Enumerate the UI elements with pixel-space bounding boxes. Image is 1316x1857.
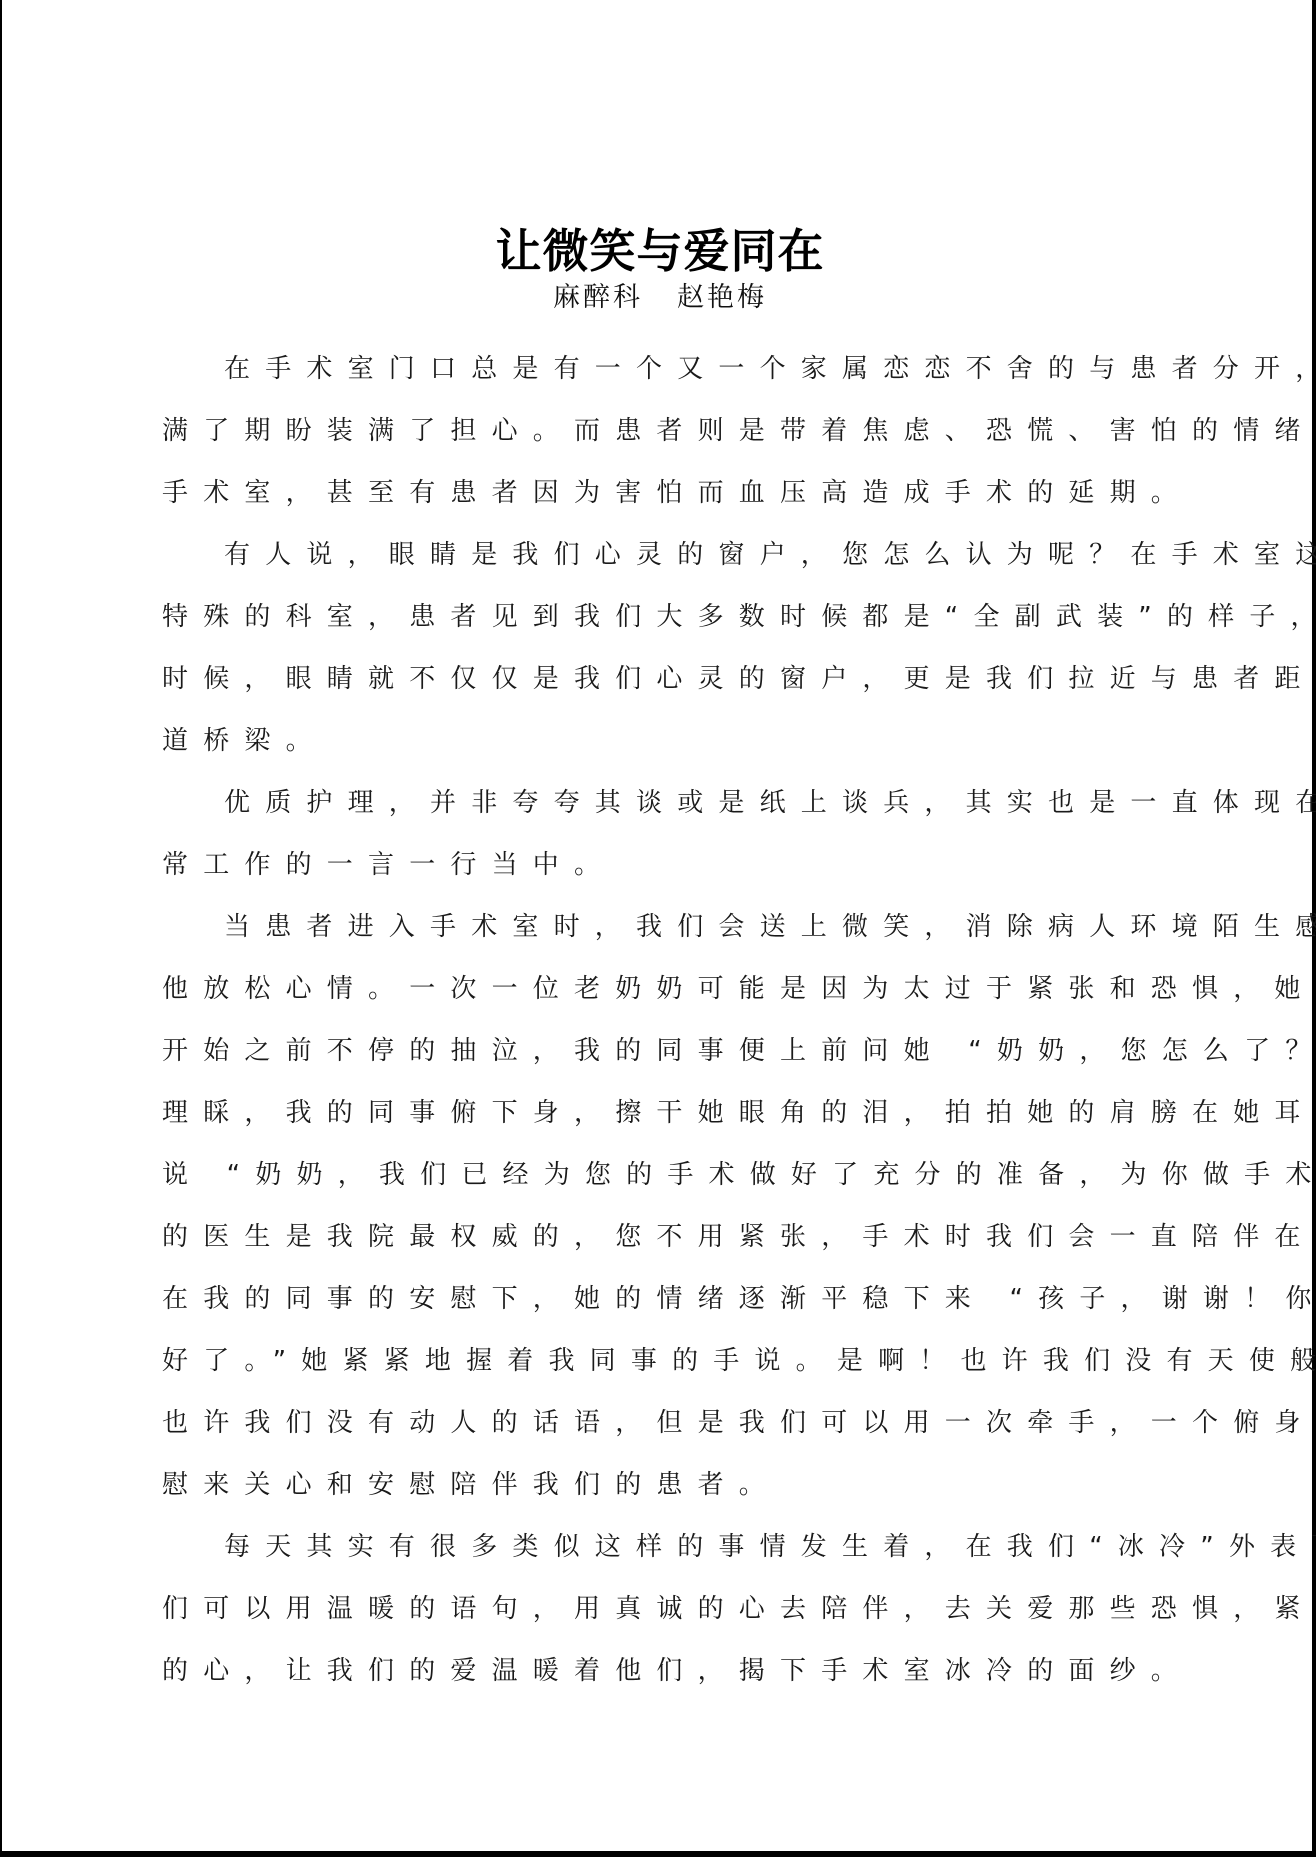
text-line: 在我的同事的安慰下，她的情绪逐渐平稳下来 “孩子，谢谢！你们真的太 [162,1268,1152,1330]
author-line: 麻醉科赵艳梅 [2,278,1316,318]
document-page: 让微笑与爱同在 麻醉科赵艳梅 在手术室门口总是有一个又一个家属恋恋不舍的与患者分… [0,0,1316,1857]
article-body: 在手术室门口总是有一个又一个家属恋恋不舍的与患者分开，眼里装 满了期盼装满了担心… [162,338,1152,1702]
paragraph-1: 在手术室门口总是有一个又一个家属恋恋不舍的与患者分开，眼里装 满了期盼装满了担心… [162,338,1152,524]
text-line: 也许我们没有动人的话语，但是我们可以用一次牵手，一个俯身，一句安 [162,1392,1152,1454]
paragraph-2: 有人说，眼睛是我们心灵的窗户，您怎么认为呢？在手术室这样一个 特殊的科室，患者见… [162,524,1152,772]
text-line: 好了。”她紧紧地握着我同事的手说。是啊！也许我们没有天使般的微笑， [162,1330,1152,1392]
text-line: 开始之前不停的抽泣，我的同事便上前问她 “奶奶，您怎么了？”她没有 [162,1020,1152,1082]
text-line: 手术室，甚至有患者因为害怕而血压高造成手术的延期。 [162,462,1152,524]
paragraph-4: 当患者进入手术室时，我们会送上微笑，消除病人环境陌生感，安慰 他放松心情。一次一… [162,896,1152,1516]
paragraph-5: 每天其实有很多类似这样的事情发生着，在我们“冰冷”外表下，我 们可以用温暖的语句… [162,1516,1152,1702]
paragraph-3: 优质护理，并非夸夸其谈或是纸上谈兵，其实也是一直体现在我们日 常工作的一言一行当… [162,772,1152,896]
text-line: 优质护理，并非夸夸其谈或是纸上谈兵，其实也是一直体现在我们日 [162,772,1152,834]
text-line: 时候，眼睛就不仅仅是我们心灵的窗户，更是我们拉近与患者距离的另一 [162,648,1152,710]
text-line: 满了期盼装满了担心。而患者则是带着焦虑、恐慌、害怕的情绪被推进了 [162,400,1152,462]
text-line: 特殊的科室，患者见到我们大多数时候都是“全副武装”的样子，所以这 [162,586,1152,648]
text-line: 的心，让我们的爱温暖着他们，揭下手术室冰冷的面纱。 [162,1640,1152,1702]
text-line: 在手术室门口总是有一个又一个家属恋恋不舍的与患者分开，眼里装 [162,338,1152,400]
text-line: 道桥梁。 [162,710,1152,772]
text-line: 慰来关心和安慰陪伴我们的患者。 [162,1454,1152,1516]
text-line: 理睬，我的同事俯下身，擦干她眼角的泪，拍拍她的肩膀在她耳旁轻声的 [162,1082,1152,1144]
text-line: 有人说，眼睛是我们心灵的窗户，您怎么认为呢？在手术室这样一个 [162,524,1152,586]
text-line: 的医生是我院最权威的，您不用紧张，手术时我们会一直陪伴在您的身边。” [162,1206,1152,1268]
text-line: 他放松心情。一次一位老奶奶可能是因为太过于紧张和恐惧，她在手术未 [162,958,1152,1020]
text-line: 们可以用温暖的语句，用真诚的心去陪伴，去关爱那些恐惧，紧张，担忧 [162,1578,1152,1640]
text-line: 当患者进入手术室时，我们会送上微笑，消除病人环境陌生感，安慰 [162,896,1152,958]
author-department: 麻醉科 [553,282,643,313]
text-line: 说 “奶奶，我们已经为您的手术做好了充分的准备，为你做手术和打麻药 [162,1144,1152,1206]
author-name: 赵艳梅 [677,282,767,313]
article-title: 让微笑与爱同在 [2,221,1316,281]
text-line: 每天其实有很多类似这样的事情发生着，在我们“冰冷”外表下，我 [162,1516,1152,1578]
text-line: 常工作的一言一行当中。 [162,834,1152,896]
